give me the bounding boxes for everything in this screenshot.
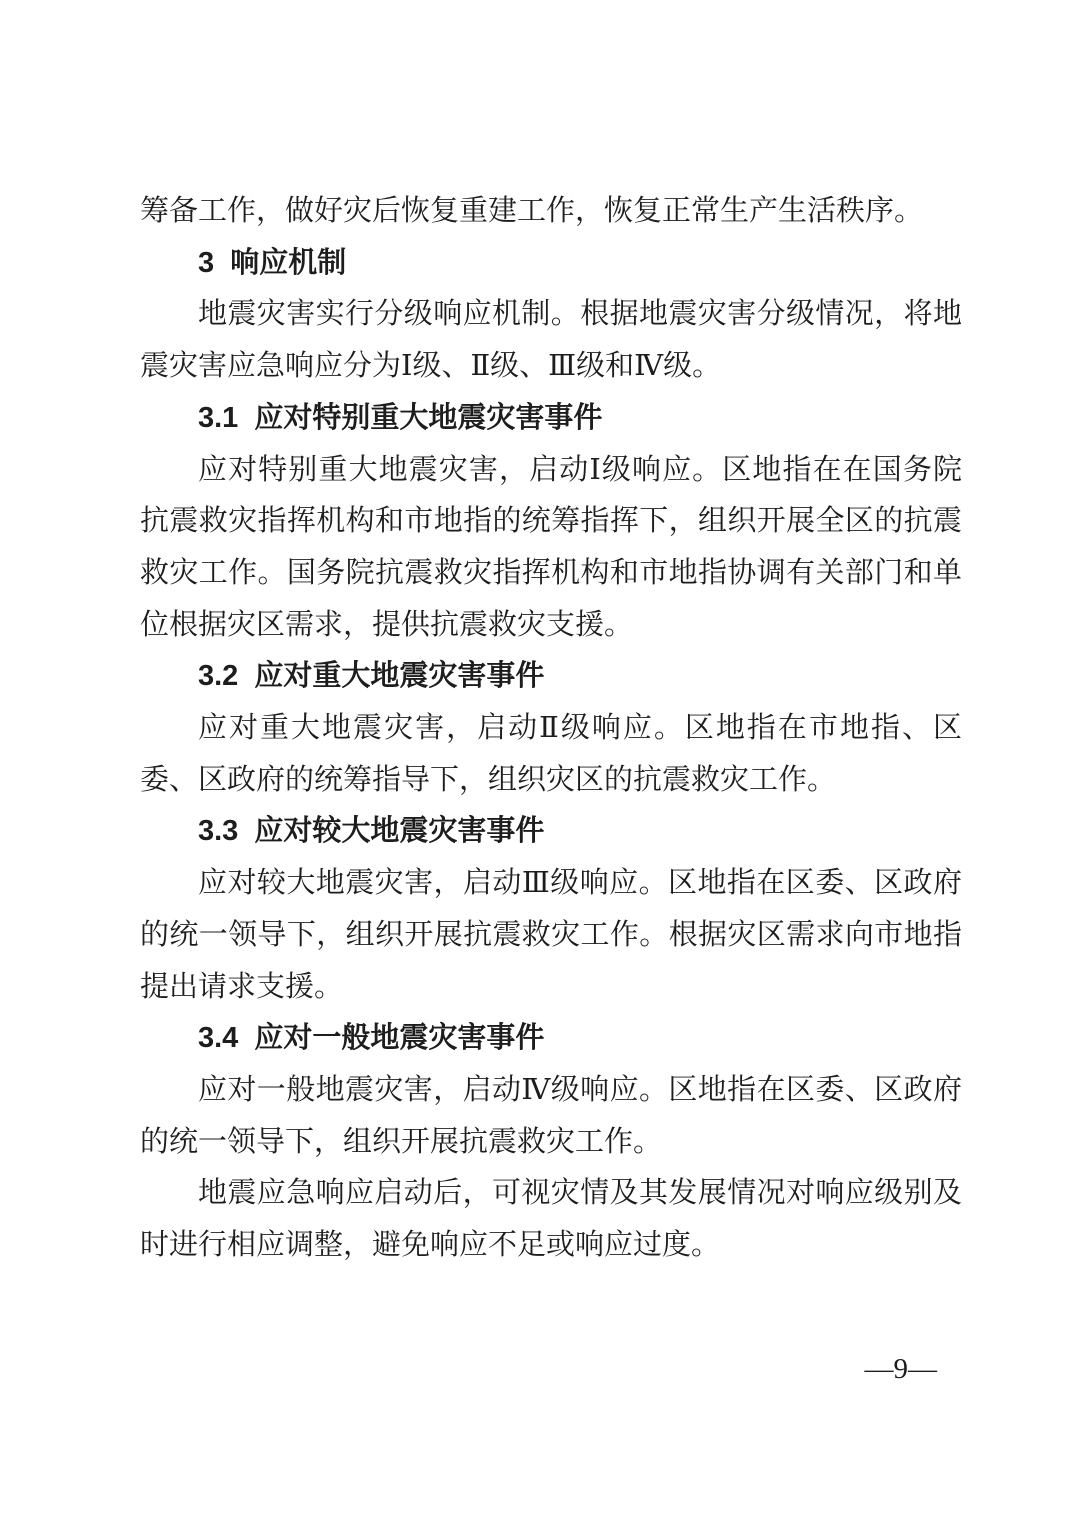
document-page: { "page": { "background_color": "#ffffff…: [0, 0, 1074, 1520]
paragraph-response-adjustment: 地震应急响应启动后，可视灾情及其发展情况对响应级别及时进行相应调整，避免响应不足…: [140, 1168, 962, 1271]
page-footer: —9—: [865, 1344, 938, 1396]
section-heading-3-2: 3.2 应对重大地震灾害事件: [140, 651, 962, 703]
paragraph-section-3-4: 应对一般地震灾害，启动Ⅳ级响应。区地指在区委、区政府的统一领导下，组织开展抗震救…: [140, 1065, 962, 1168]
paragraph-section-3-intro: 地震灾害实行分级响应机制。根据地震灾害分级情况，将地震灾害应急响应分为Ⅰ级、Ⅱ级…: [140, 289, 962, 392]
paragraph-section-3-3: 应对较大地震灾害，启动Ⅲ级响应。区地指在区委、区政府的统一领导下，组织开展抗震救…: [140, 858, 962, 1013]
paragraph-section-3-1: 应对特别重大地震灾害，启动Ⅰ级响应。区地指在在国务院抗震救灾指挥机构和市地指的统…: [140, 445, 962, 652]
section-heading-3: 3 响应机制: [140, 238, 962, 290]
paragraph-section-3-2: 应对重大地震灾害，启动Ⅱ级响应。区地指在市地指、区委、区政府的统筹指导下，组织灾…: [140, 703, 962, 806]
section-heading-3-1: 3.1 应对特别重大地震灾害事件: [140, 393, 962, 445]
section-heading-3-3: 3.3 应对较大地震灾害事件: [140, 806, 962, 858]
paragraph-continuation: 筹备工作，做好灾后恢复重建工作，恢复正常生产生活秩序。: [140, 186, 962, 238]
page-number: —9—: [865, 1353, 938, 1385]
section-heading-3-4: 3.4 应对一般地震灾害事件: [140, 1013, 962, 1065]
document-body: 筹备工作，做好灾后恢复重建工作，恢复正常生产生活秩序。 3 响应机制 地震灾害实…: [140, 186, 962, 1272]
